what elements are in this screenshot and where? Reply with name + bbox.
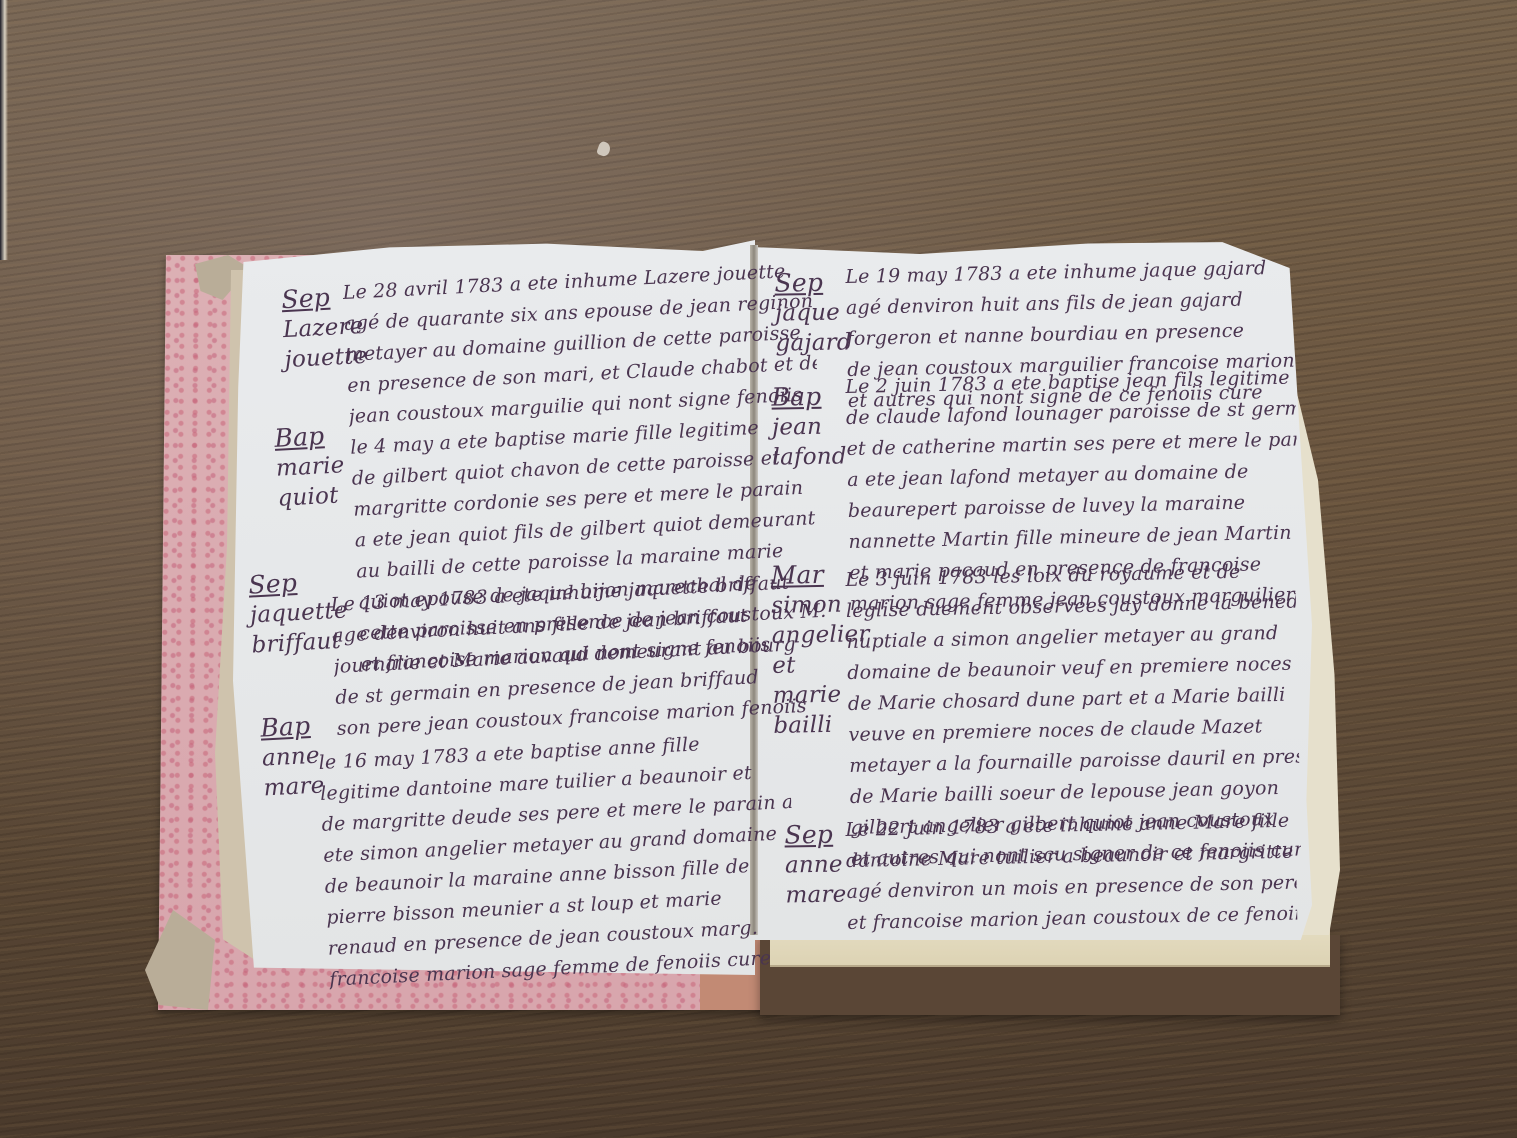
margin-entry-5: Sep jaque gajard	[774, 267, 852, 358]
margin-entry-2: Bap marie quiot	[274, 420, 347, 513]
margin-entry-4: Bap anne mare	[260, 710, 326, 803]
margin-entry-8: Sep anne mare	[784, 819, 846, 910]
entry-text-baptism-anne-mare: le 16 may 1783 a ete baptise anne fille …	[318, 725, 800, 996]
entry-text-burial-anne-mare: Le 22 juin 1783 a ete inhume anne Mare f…	[845, 806, 1297, 939]
paper-speck	[596, 140, 612, 157]
margin-entry-6: Bap jean lafond	[771, 381, 847, 472]
entry-text-burial-jaquette-briffaut: Le 13 may 1783 a ete inhume jaquette bri…	[330, 567, 807, 745]
table-edge	[0, 0, 8, 260]
